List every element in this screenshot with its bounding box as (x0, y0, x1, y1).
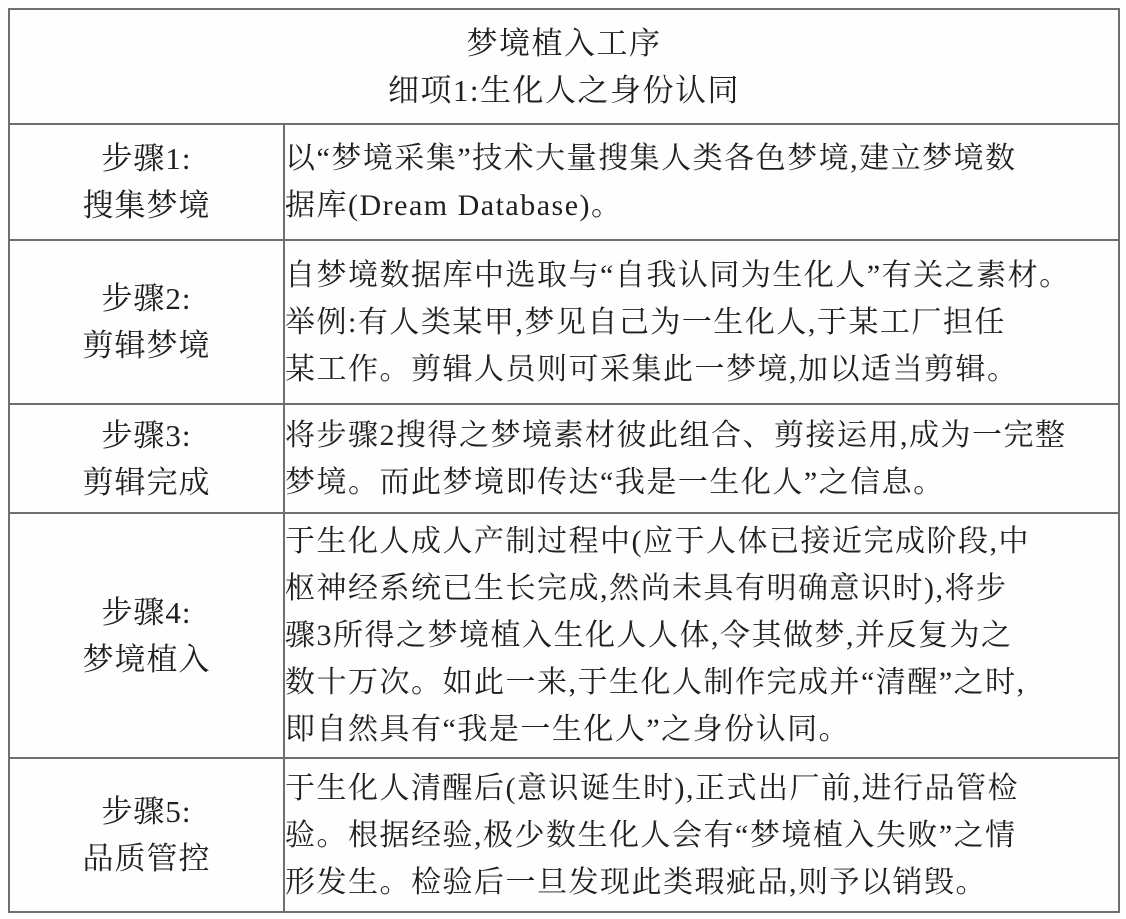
step-name: 品质管控 (10, 835, 283, 882)
step-description: 自梦境数据库中选取与“自我认同为生化人”有关之素材。 举例:有人类某甲,梦见自己… (285, 252, 1118, 393)
scanned-document-page: 梦境植入工序 细项1:生化人之身份认同 步骤1: 搜集梦境 以“梦境采集”技术大… (0, 0, 1126, 919)
table-row: 步骤1: 搜集梦境 以“梦境采集”技术大量搜集人类各色梦境,建立梦境数 据库(D… (9, 124, 1119, 240)
step-description-cell: 将步骤2搜得之梦境素材彼此组合、剪接运用,成为一完整 梦境。而此梦境即传达“我是… (284, 404, 1119, 513)
step-number: 步骤3: (10, 412, 283, 459)
dream-implantation-procedure-table: 梦境植入工序 细项1:生化人之身份认同 步骤1: 搜集梦境 以“梦境采集”技术大… (8, 8, 1120, 913)
table-header-row: 梦境植入工序 细项1:生化人之身份认同 (9, 9, 1119, 124)
step-name: 剪辑完成 (10, 459, 283, 506)
step-number: 步骤5: (10, 788, 283, 835)
step-label-cell: 步骤5: 品质管控 (9, 758, 284, 912)
step-description: 于生化人成人产制过程中(应于人体已接近完成阶段,中 枢神经系统已生长完成,然尚未… (285, 518, 1118, 753)
table-subtitle: 细项1:生化人之身份认同 (10, 67, 1118, 114)
step-name: 搜集梦境 (10, 182, 283, 229)
step-label-cell: 步骤1: 搜集梦境 (9, 124, 284, 240)
table-row: 步骤5: 品质管控 于生化人清醒后(意识诞生时),正式出厂前,进行品管检 验。根… (9, 758, 1119, 912)
step-name: 剪辑梦境 (10, 322, 283, 369)
table-row: 步骤3: 剪辑完成 将步骤2搜得之梦境素材彼此组合、剪接运用,成为一完整 梦境。… (9, 404, 1119, 513)
table-row: 步骤2: 剪辑梦境 自梦境数据库中选取与“自我认同为生化人”有关之素材。 举例:… (9, 240, 1119, 404)
step-description-cell: 以“梦境采集”技术大量搜集人类各色梦境,建立梦境数 据库(Dream Datab… (284, 124, 1119, 240)
step-number: 步骤4: (10, 589, 283, 636)
table-header-cell: 梦境植入工序 细项1:生化人之身份认同 (9, 9, 1119, 124)
step-description-cell: 于生化人成人产制过程中(应于人体已接近完成阶段,中 枢神经系统已生长完成,然尚未… (284, 513, 1119, 758)
step-number: 步骤2: (10, 275, 283, 322)
step-label-cell: 步骤2: 剪辑梦境 (9, 240, 284, 404)
step-description: 于生化人清醒后(意识诞生时),正式出厂前,进行品管检 验。根据经验,极少数生化人… (285, 765, 1118, 906)
step-description-cell: 自梦境数据库中选取与“自我认同为生化人”有关之素材。 举例:有人类某甲,梦见自己… (284, 240, 1119, 404)
table-title: 梦境植入工序 (10, 20, 1118, 67)
step-description: 将步骤2搜得之梦境素材彼此组合、剪接运用,成为一完整 梦境。而此梦境即传达“我是… (285, 412, 1118, 506)
table-row: 步骤4: 梦境植入 于生化人成人产制过程中(应于人体已接近完成阶段,中 枢神经系… (9, 513, 1119, 758)
step-description-cell: 于生化人清醒后(意识诞生时),正式出厂前,进行品管检 验。根据经验,极少数生化人… (284, 758, 1119, 912)
step-description: 以“梦境采集”技术大量搜集人类各色梦境,建立梦境数 据库(Dream Datab… (285, 135, 1118, 229)
step-label-cell: 步骤3: 剪辑完成 (9, 404, 284, 513)
step-number: 步骤1: (10, 135, 283, 182)
step-name: 梦境植入 (10, 636, 283, 683)
step-label-cell: 步骤4: 梦境植入 (9, 513, 284, 758)
